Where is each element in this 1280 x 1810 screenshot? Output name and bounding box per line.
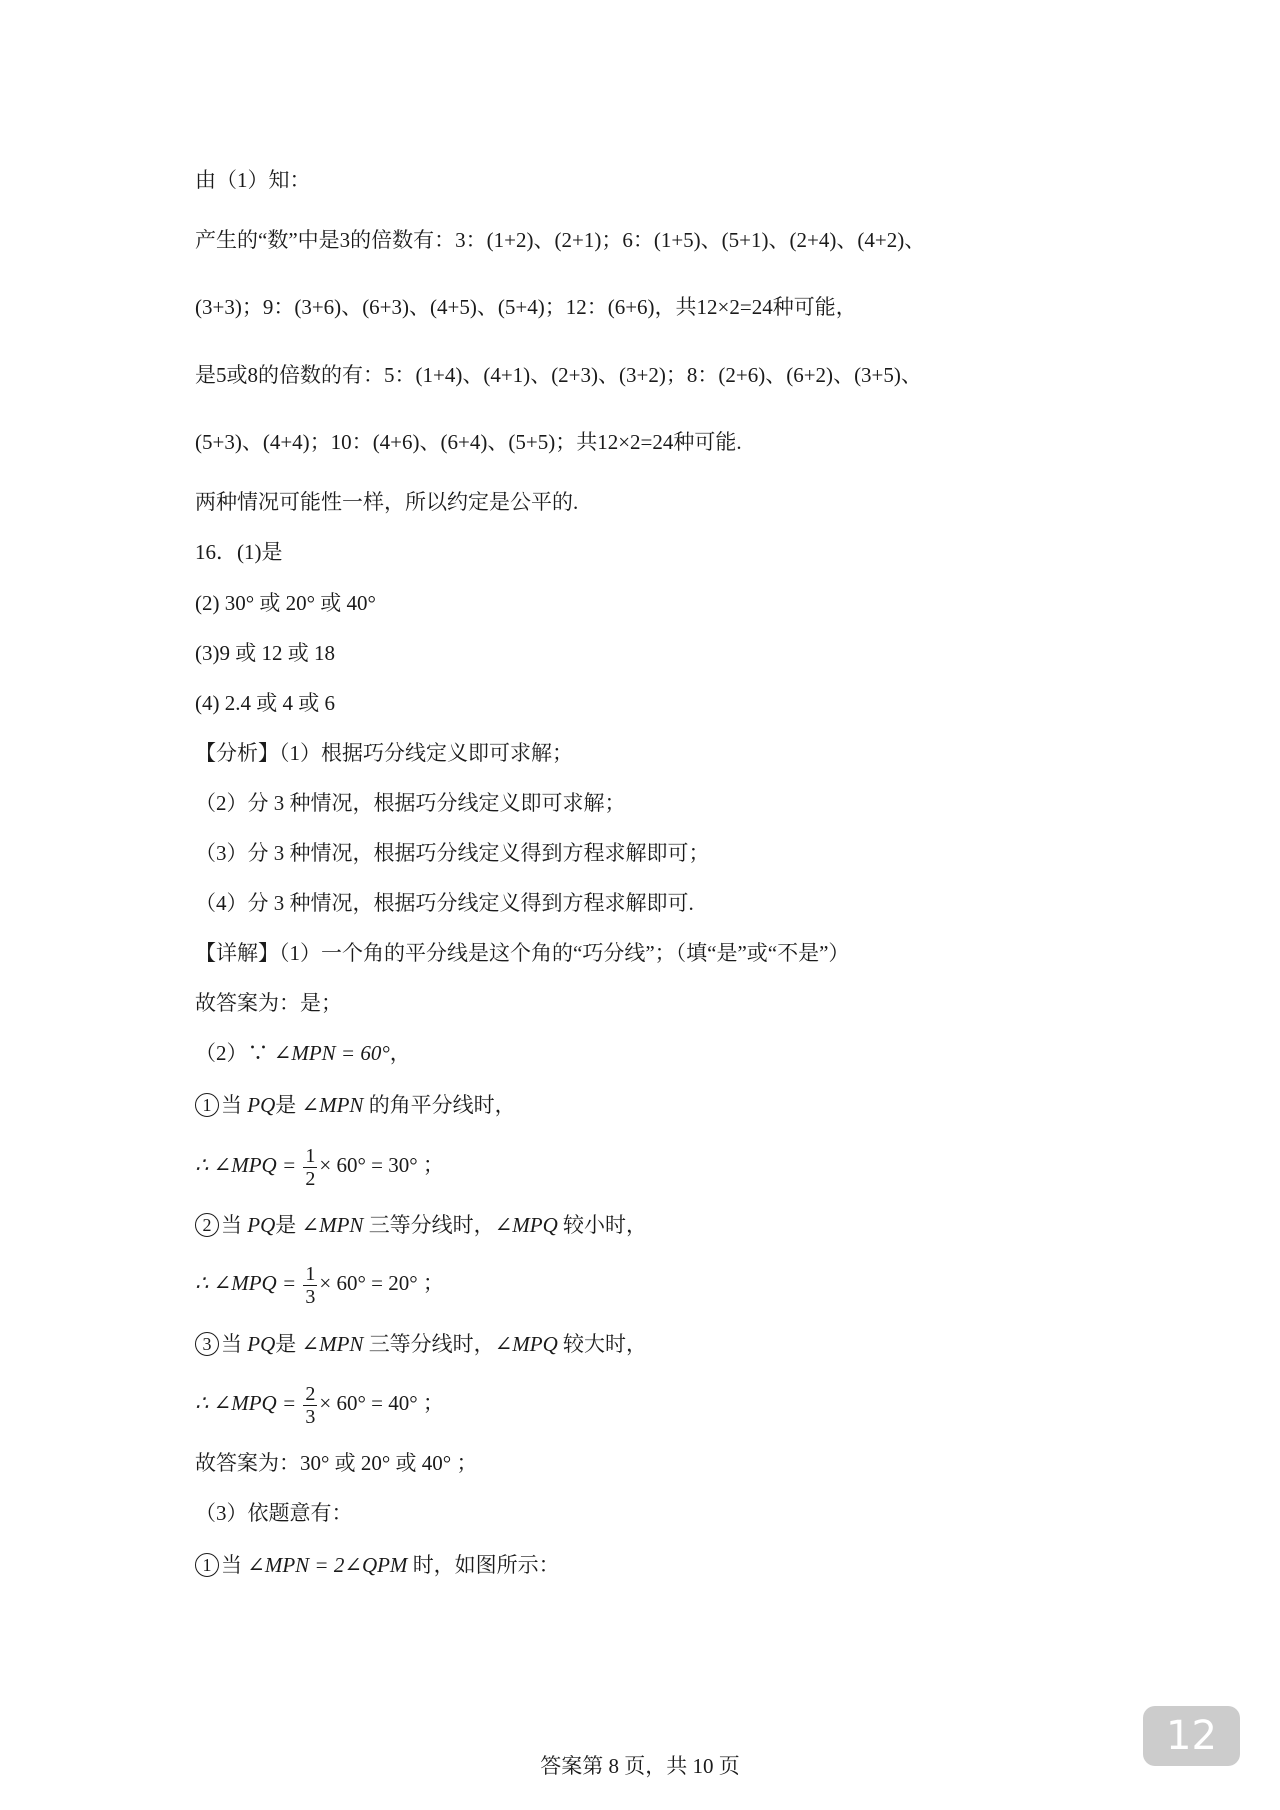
case-3-line: 3当 PQ是 ∠MPN 三等分线时，∠MPQ 较大时， [195,1329,647,1359]
case-3-formula: ∴ ∠MPQ = 23× 60° = 40° ； [195,1378,444,1428]
math-angle: ∠MPQ [495,1213,558,1237]
pair: (1+5) [654,228,701,252]
pair: (4+6) [373,430,420,454]
math-rhs: × 60° = 40° ； [319,1391,443,1415]
numerator: 2 [303,1383,317,1406]
text: 是 [275,1093,301,1117]
pair: (6+4) [441,430,488,454]
analysis-1: 【分析】（1）根据巧分线定义即可求解； [195,738,573,768]
page-number-badge: 12 [1143,1706,1240,1766]
detail-1: 【详解】（1）一个角的平分线是这个角的“巧分线”；（填“是”或“不是”） [195,938,849,968]
sep: 、 [836,228,857,252]
fraction: 23 [303,1383,317,1428]
multiples-of-5-or-8-line-1: 是5或8的倍数的有：5：(1+4)、(4+1)、(2+3)、(3+2)；8：(2… [195,360,922,390]
math-rhs: × 60° = 30° ； [319,1153,443,1177]
sep: ；8： [666,363,719,387]
pair: (6+6) [608,295,655,319]
answer-text-2: 故答案为：30° 或 20° 或 40° ； [195,1448,477,1478]
circled-number-icon: 1 [195,1553,219,1577]
pair: (2+4) [790,228,837,252]
math-expression: ∠MPN = 60° [274,1041,390,1065]
sep: 、 [477,295,498,319]
case-2-line: 2当 PQ是 ∠MPN 三等分线时，∠MPQ 较小时， [195,1210,647,1240]
multiples-of-3-line-2: (3+3)；9：(3+6)、(6+3)、(4+5)、(5+4)；12：(6+6)… [195,292,857,322]
sep: ；12： [545,295,608,319]
sep: 、 [901,363,922,387]
sep: 、 [487,430,508,454]
page-footer: 答案第 8 页，共 10 页 [0,1750,1280,1780]
text: 的角平分线时， [363,1093,515,1117]
pair: (5+3) [195,430,242,454]
label: （2）∵ [195,1041,274,1065]
punct: ， [390,1041,411,1065]
denominator: 3 [303,1286,317,1308]
answer-3: (3)9 或 12 或 18 [195,638,335,668]
text: 较大时， [558,1332,647,1356]
math-angle: ∠MPQ [495,1332,558,1356]
pair: (6+3) [362,295,409,319]
pair: (3+5) [854,363,901,387]
sep: 、 [462,363,483,387]
denominator: 3 [303,1406,317,1428]
answer-2: (2) 30° 或 20° 或 40° [195,588,376,618]
sep: ；10： [310,430,373,454]
pair: (4+4) [263,430,310,454]
math-lhs: ∴ ∠MPQ = [195,1271,301,1295]
part-3-header: （3）依题意有： [195,1498,353,1528]
text: 时，如图所示： [407,1553,559,1577]
math-rhs: × 60° = 20° ； [319,1271,443,1295]
fraction: 13 [303,1263,317,1308]
text: 当 [221,1213,247,1237]
text: 较小时， [558,1213,647,1237]
pair: (1+4) [416,363,463,387]
multiples-of-5-or-8-line-2: (5+3)、(4+4)；10：(4+6)、(6+4)、(5+5)；共12×2=2… [195,427,742,457]
sep: ；9： [242,295,295,319]
pair: (5+1) [722,228,769,252]
pair: (1+2) [487,228,534,252]
math-angle: ∠MPN [302,1093,364,1117]
circled-number-icon: 2 [195,1213,219,1237]
text: 当 [221,1553,247,1577]
pair: (3+6) [294,295,341,319]
pair: (3+3) [195,295,242,319]
label: 是5或8的倍数的有：5： [195,363,416,387]
text: 是 [275,1213,301,1237]
answer-4: (4) 2.4 或 4 或 6 [195,688,335,718]
analysis-3: （3）分 3 种情况，根据巧分线定义得到方程求解即可； [195,838,710,868]
pair: (2+1) [554,228,601,252]
pair: (4+2) [857,228,904,252]
pair: (4+1) [483,363,530,387]
document-page: 由（1）知： 产生的“数”中是3的倍数有：3：(1+2)、(2+1)；6：(1+… [0,0,1280,1810]
sep: 、 [769,228,790,252]
fraction: 12 [303,1145,317,1190]
sep: 、 [833,363,854,387]
sep: 、 [533,228,554,252]
pair: (4+5) [430,295,477,319]
pair: (5+4) [498,295,545,319]
math-lhs: ∴ ∠MPQ = [195,1153,301,1177]
pair: (2+6) [718,363,765,387]
sep: 、 [341,295,362,319]
math-var: PQ [247,1213,275,1237]
multiples-of-3-line-1: 产生的“数”中是3的倍数有：3：(1+2)、(2+1)；6：(1+5)、(5+1… [195,225,925,255]
answer-text-1: 故答案为：是； [195,988,342,1018]
circled-number-icon: 3 [195,1332,219,1356]
part-3-case-1: 1当 ∠MPN = 2∠QPM 时，如图所示： [195,1550,560,1580]
label: 产生的“数”中是3的倍数有：3： [195,228,487,252]
math-angle: ∠MPN [302,1332,364,1356]
math-var: PQ [247,1332,275,1356]
numerator: 1 [303,1263,317,1286]
sep: 、 [598,363,619,387]
sep: 、 [765,363,786,387]
sep: 、 [242,430,263,454]
numerator: 1 [303,1145,317,1168]
math-lhs: ∴ ∠MPQ = [195,1391,301,1415]
sep: ，共12×2=24种可能， [655,295,857,319]
sep: 、 [530,363,551,387]
pair: (6+2) [786,363,833,387]
pair: (2+3) [551,363,598,387]
sep: 、 [420,430,441,454]
conclusion-line: 两种情况可能性一样，所以约定是公平的. [195,487,578,517]
circled-number-icon: 1 [195,1093,219,1117]
sep: ；共12×2=24种可能. [555,430,741,454]
text: 当 [221,1093,247,1117]
question-16-header: 16．(1)是 [195,537,283,567]
math-expression: ∠MPN = 2∠QPM [247,1553,407,1577]
pair: (5+5) [508,430,555,454]
text-line: 由（1）知： [195,165,311,195]
text: 是 [275,1332,301,1356]
sep: 、 [904,228,925,252]
math-var: PQ [247,1093,275,1117]
text: 三等分线时， [363,1332,494,1356]
text: 当 [221,1332,247,1356]
case-1-formula: ∴ ∠MPQ = 12× 60° = 30° ； [195,1140,444,1190]
pair: (3+2) [619,363,666,387]
case-1-line: 1当 PQ是 ∠MPN 的角平分线时， [195,1090,516,1120]
denominator: 2 [303,1168,317,1190]
analysis-2: （2）分 3 种情况，根据巧分线定义即可求解； [195,788,626,818]
sep: 、 [701,228,722,252]
math-angle: ∠MPN [302,1213,364,1237]
case-2-formula: ∴ ∠MPQ = 13× 60° = 20° ； [195,1258,444,1308]
text: 三等分线时， [363,1213,494,1237]
given-angle-line: （2）∵ ∠MPN = 60°， [195,1038,411,1068]
sep: 、 [409,295,430,319]
sep: ；6： [601,228,654,252]
analysis-4: （4）分 3 种情况，根据巧分线定义得到方程求解即可. [195,888,694,918]
